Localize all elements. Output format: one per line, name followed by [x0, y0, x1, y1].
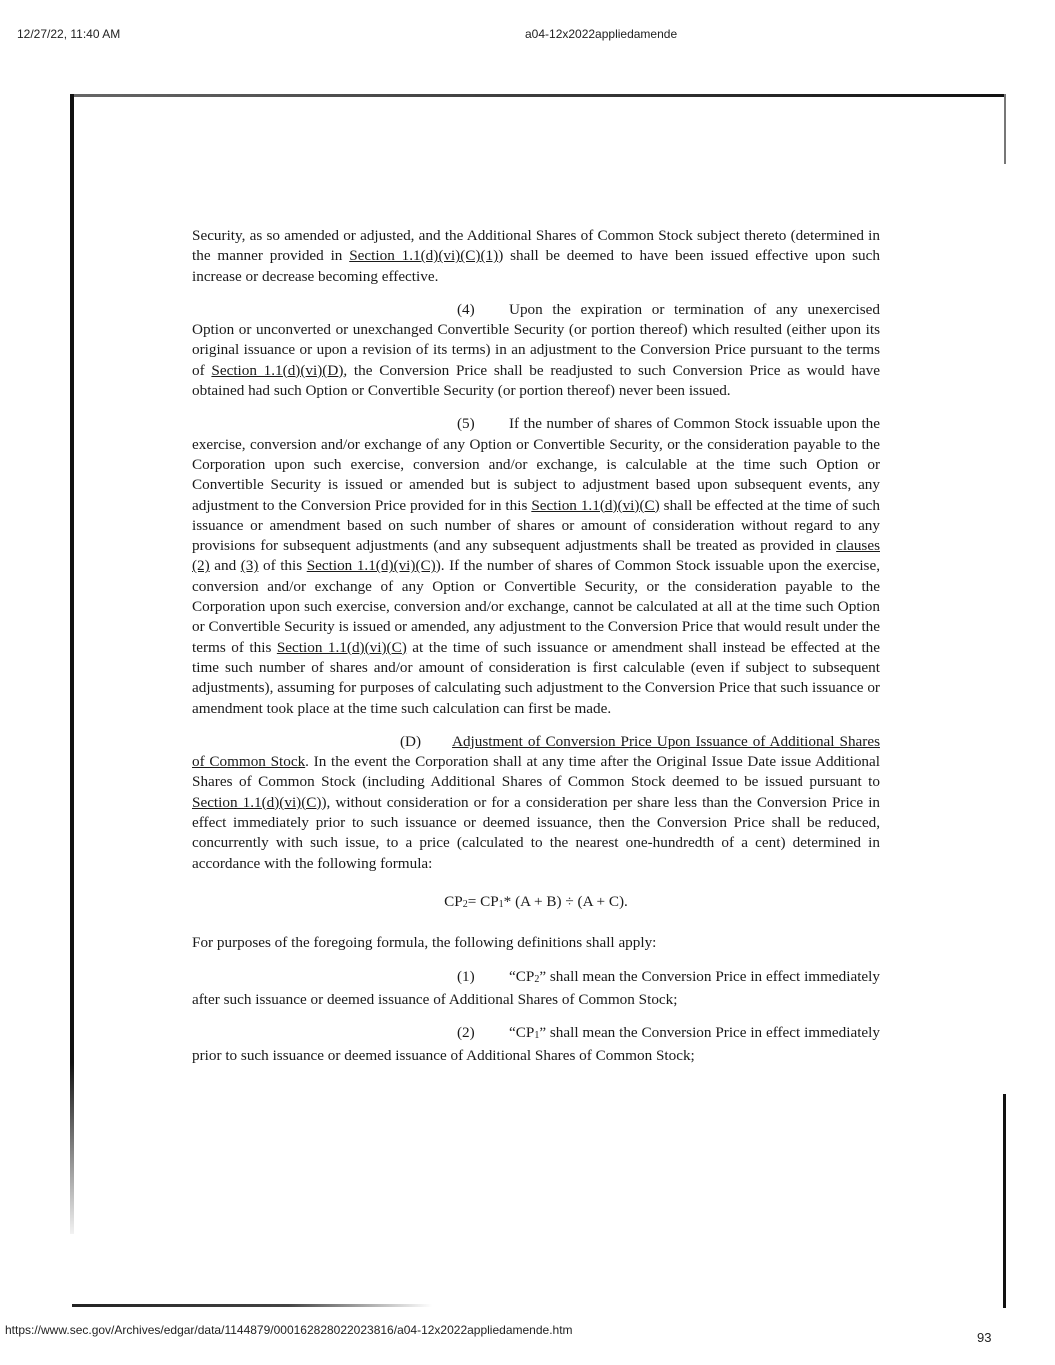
scan-border-right — [1004, 94, 1006, 164]
section-reference: Section 1.1(d)(vi)(D) — [211, 362, 343, 379]
definition-cp2: (1)“CP2” shall mean the Conversion Price… — [192, 967, 880, 1011]
scan-border-top — [72, 94, 1006, 97]
clause-number: (1) — [457, 967, 509, 987]
section-letter: (D) — [400, 732, 452, 752]
section-reference: Section 1.1(d)(vi)(C)(1) — [349, 247, 498, 264]
document-body: Security, as so amended or adjusted, and… — [192, 226, 880, 1080]
section-reference: Section 1.1(d)(vi)(C) — [277, 639, 407, 656]
conversion-formula: CP2= CP1* (A + B) ÷ (A + C). — [192, 892, 880, 915]
page-number: 93 — [977, 1330, 991, 1345]
paragraph-clause-5: (5)If the number of shares of Common Sto… — [192, 414, 880, 718]
clause-number: (4) — [457, 300, 509, 320]
paragraph-definitions-intro: For purposes of the foregoing formula, t… — [192, 933, 880, 953]
clause-number: (5) — [457, 414, 509, 434]
paragraph-section-d: (D)Adjustment of Conversion Price Upon I… — [192, 732, 880, 874]
print-datetime: 12/27/22, 11:40 AM — [17, 27, 120, 41]
paragraph-continuation: Security, as so amended or adjusted, and… — [192, 226, 880, 287]
print-url: https://www.sec.gov/Archives/edgar/data/… — [5, 1323, 573, 1337]
section-reference: Section 1.1(d)(vi)(C) — [307, 557, 436, 574]
scan-border-right-lower — [1003, 1094, 1006, 1308]
paragraph-clause-4: (4)Upon the expiration or termination of… — [192, 300, 880, 401]
section-reference: Section 1.1(d)(vi)(C) — [192, 794, 321, 811]
print-title: a04-12x2022appliedamende — [525, 27, 677, 41]
clause-number: (2) — [457, 1023, 509, 1043]
scan-border-bottom — [72, 1304, 432, 1307]
scan-border-left — [70, 94, 74, 1234]
definition-cp1: (2)“CP1” shall mean the Conversion Price… — [192, 1023, 880, 1067]
section-reference: Section 1.1(d)(vi)(C) — [531, 497, 659, 514]
clause-reference: (3) — [241, 557, 259, 574]
